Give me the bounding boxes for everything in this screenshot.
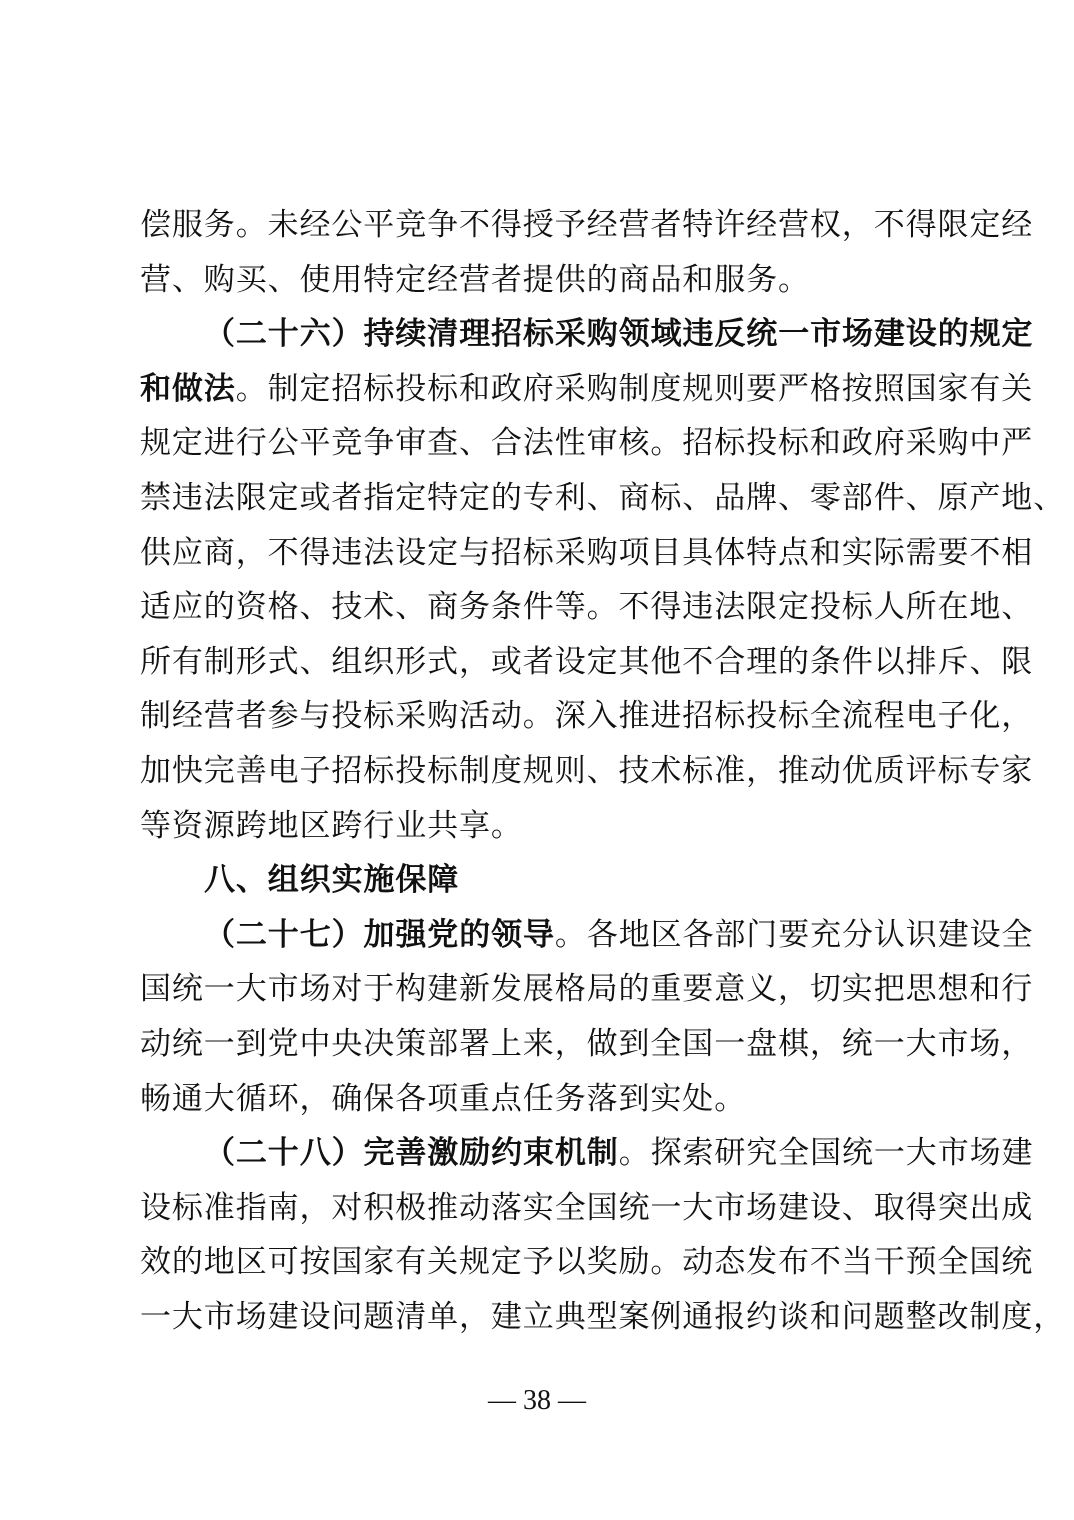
paragraph-line: 加快完善电子招标投标制度规则、技术标准，推动优质评标专家 (140, 744, 940, 799)
line-text: 禁违法限定或者指定特定的专利、商标、品牌、零部件、原产地、 (140, 471, 940, 526)
line-text-rest: 。探索研究全国统一大市场建 (619, 1135, 1034, 1171)
line-text: 动统一到党中央决策部署上来，做到全国一盘棋，统一大市场， (140, 1017, 940, 1072)
line-text: 效的地区可按国家有关规定予以奖励。动态发布不当干预全国统 (140, 1235, 940, 1290)
paragraph-line: 偿服务。未经公平竞争不得授予经营者特许经营权，不得限定经 (140, 198, 940, 253)
page-number: — 38 — (0, 1385, 1074, 1417)
paragraph-line: 禁违法限定或者指定特定的专利、商标、品牌、零部件、原产地、 (140, 471, 940, 526)
paragraph-line: 等资源跨地区跨行业共享。 (140, 799, 940, 854)
heading-title: （二十八）完善激励约束机制 (204, 1135, 619, 1171)
line-text: 国统一大市场对于构建新发展格局的重要意义，切实把思想和行 (140, 962, 940, 1017)
paragraph-line: 设标准指南，对积极推动落实全国统一大市场建设、取得突出成 (140, 1181, 940, 1236)
paragraph-line: 供应商，不得违法设定与招标采购项目具体特点和实际需要不相 (140, 526, 940, 581)
paragraph-line: 和做法。制定招标投标和政府采购制度规则要严格按照国家有关 (140, 362, 940, 417)
paragraph-line: 动统一到党中央决策部署上来，做到全国一盘棋，统一大市场， (140, 1017, 940, 1072)
section-heading: 八、组织实施保障 (140, 853, 940, 908)
paragraph-line: 畅通大循环，确保各项重点任务落到实处。 (140, 1072, 940, 1127)
line-text: 规定进行公平竞争审查、合法性审核。招标投标和政府采购中严 (140, 416, 940, 471)
paragraph-line: 适应的资格、技术、商务条件等。不得违法限定投标人所在地、 (140, 580, 940, 635)
document-body: 偿服务。未经公平竞争不得授予经营者特许经营权，不得限定经 营、购买、使用特定经营… (140, 198, 940, 1344)
paragraph-line: 效的地区可按国家有关规定予以奖励。动态发布不当干预全国统 (140, 1235, 940, 1290)
paragraph-line: 一大市场建设问题清单，建立典型案例通报约谈和问题整改制度， (140, 1290, 940, 1345)
line-text: 所有制形式、组织形式，或者设定其他不合理的条件以排斥、限 (140, 635, 940, 690)
line-text: 供应商，不得违法设定与招标采购项目具体特点和实际需要不相 (140, 526, 940, 581)
paragraph-line: 国统一大市场对于构建新发展格局的重要意义，切实把思想和行 (140, 962, 940, 1017)
line-text: 加快完善电子招标投标制度规则、技术标准，推动优质评标专家 (140, 744, 940, 799)
line-text: 和做法。制定招标投标和政府采购制度规则要严格按照国家有关 (140, 362, 940, 417)
line-text: 设标准指南，对积极推动落实全国统一大市场建设、取得突出成 (140, 1181, 940, 1236)
subsection-heading-26: （二十六）持续清理招标采购领域违反统一市场建设的规定 (140, 307, 940, 362)
paragraph-line: 制经营者参与投标采购活动。深入推进招标投标全流程电子化， (140, 689, 940, 744)
subsection-heading-28: （二十八）完善激励约束机制。探索研究全国统一大市场建 (140, 1126, 940, 1181)
line-text: 等资源跨地区跨行业共享。 (140, 799, 523, 854)
paragraph-line: 所有制形式、组织形式，或者设定其他不合理的条件以排斥、限 (140, 635, 940, 690)
paragraph-line: 营、购买、使用特定经营者提供的商品和服务。 (140, 253, 940, 308)
heading-title: （二十六）持续清理招标采购领域违反统一市场建设的规定 (204, 307, 940, 362)
heading-title: （二十七）加强党的领导 (204, 917, 555, 953)
heading-title-continued: 和做法 (140, 371, 236, 407)
line-text: （二十七）加强党的领导。各地区各部门要充分认识建设全 (204, 908, 940, 963)
document-page: 偿服务。未经公平竞争不得授予经营者特许经营权，不得限定经 营、购买、使用特定经营… (0, 0, 1074, 1520)
subsection-heading-27: （二十七）加强党的领导。各地区各部门要充分认识建设全 (140, 908, 940, 963)
section-title: 八、组织实施保障 (204, 853, 459, 908)
line-text: 偿服务。未经公平竞争不得授予经营者特许经营权，不得限定经 (140, 198, 940, 253)
line-text: 营、购买、使用特定经营者提供的商品和服务。 (140, 253, 810, 308)
line-text: 制经营者参与投标采购活动。深入推进招标投标全流程电子化， (140, 689, 940, 744)
line-text: 适应的资格、技术、商务条件等。不得违法限定投标人所在地、 (140, 580, 940, 635)
line-text: 一大市场建设问题清单，建立典型案例通报约谈和问题整改制度， (140, 1290, 940, 1345)
line-text: （二十八）完善激励约束机制。探索研究全国统一大市场建 (204, 1126, 940, 1181)
line-text-rest: 。各地区各部门要充分认识建设全 (555, 917, 1034, 953)
paragraph-line: 规定进行公平竞争审查、合法性审核。招标投标和政府采购中严 (140, 416, 940, 471)
line-text-rest: 。制定招标投标和政府采购制度规则要严格按照国家有关 (236, 371, 1034, 407)
line-text: 畅通大循环，确保各项重点任务落到实处。 (140, 1072, 746, 1127)
